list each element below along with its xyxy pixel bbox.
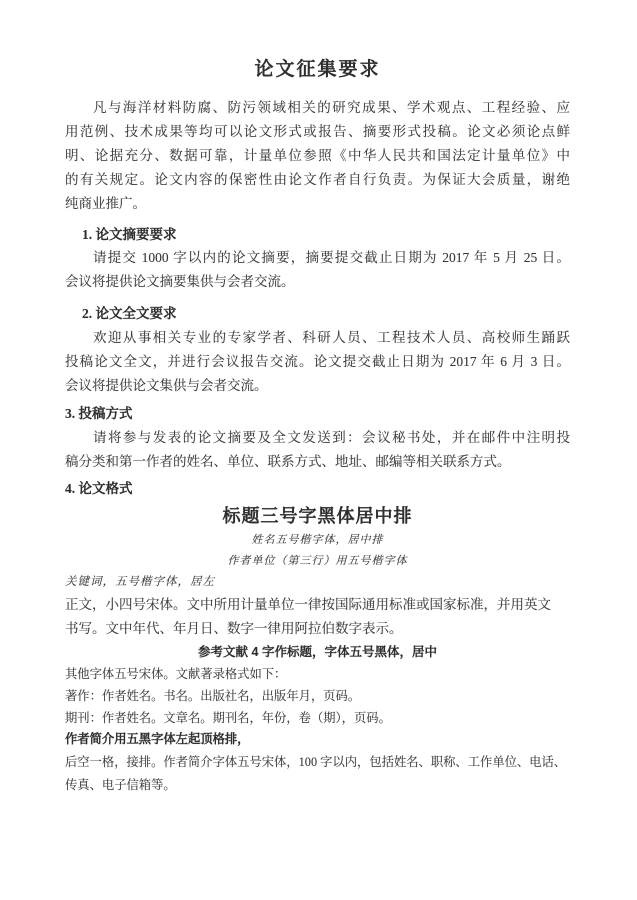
section-2-line: 会议将提供论文集供与会者交流。 (65, 374, 570, 398)
section-1-heading: 1. 论文摘要要求 (82, 225, 570, 245)
reference-format-line: 其他字体五号宋体。文献著录格式如下： (65, 663, 570, 685)
document-page: 论文征集要求 凡与海洋材料防腐、防污领域相关的研究成果、学术观点、工程经验、应 … (0, 0, 637, 900)
document-title: 论文征集要求 (65, 57, 570, 83)
format-body-line: 正文，小四号宋体。文中所用计量单位一律按国际通用标准或国家标准，并用英文 (65, 593, 570, 617)
author-bio-heading: 作者简介用五黑字体左起顶格排， (65, 729, 570, 749)
intro-line: 的有关规定。论文内容的保密性由论文作者自行负责。为保证大会质量，谢绝 (65, 168, 570, 192)
section-1-line: 会议将提供论文摘要集供与会者交流。 (65, 270, 570, 294)
document-content: 论文征集要求 凡与海洋材料防腐、防污领域相关的研究成果、学术观点、工程经验、应 … (0, 0, 637, 797)
section-3-line: 稿分类和第一作者的姓名、单位、联系方式、地址、邮编等相关联系方式。 (65, 450, 570, 474)
intro-line: 明、论据充分、数据可靠，计量单位参照《中华人民共和国法定计量单位》中 (65, 144, 570, 168)
sample-paper-title: 标题三号字黑体居中排 (65, 502, 570, 530)
section-1-paragraph: 请提交 1000 字以内的论文摘要，摘要提交截止日期为 2017 年 5 月 2… (65, 246, 570, 294)
format-body-line: 书写。文中年代、年月日、数字一律用阿拉伯数字表示。 (65, 617, 570, 641)
section-2-paragraph: 欢迎从事相关专业的专家学者、科研人员、工程技术人员、高校师生踊跃 投稿论文全文，… (65, 326, 570, 398)
section-2-line: 投稿论文全文，并进行会议报告交流。论文提交截止日期为 2017 年 6 月 3 … (65, 350, 570, 374)
references-heading: 参考文献 4 字作标题，字体五号黑体，居中 (65, 641, 570, 663)
intro-line: 凡与海洋材料防腐、防污领域相关的研究成果、学术观点、工程经验、应 (65, 96, 570, 120)
section-3-line: 请将参与发表的论文摘要及全文发送到：会议秘书处，并在邮件中注明投 (65, 426, 570, 450)
sample-keywords-line: 关键词，五号楷字体，居左 (65, 572, 570, 592)
section-2-line: 欢迎从事相关专业的专家学者、科研人员、工程技术人员、高校师生踊跃 (65, 326, 570, 350)
section-2-heading: 2. 论文全文要求 (82, 304, 570, 324)
intro-line: 用范例、技术成果等均可以论文形式或报告、摘要形式投稿。论文必须论点鲜 (65, 120, 570, 144)
sample-author-line: 姓名五号楷字体，居中排 (65, 530, 570, 551)
intro-line: 纯商业推广。 (65, 192, 570, 216)
author-bio-line: 后空一格，接排。作者简介字体五号宋体，100 字以内，包括姓名、职称、工作单位、… (65, 751, 570, 774)
section-1-line: 请提交 1000 字以内的论文摘要，摘要提交截止日期为 2017 年 5 月 2… (65, 246, 570, 270)
reference-format-line: 著作：作者姓名。书名。出版社名，出版年月，页码。 (65, 685, 570, 707)
section-3-paragraph: 请将参与发表的论文摘要及全文发送到：会议秘书处，并在邮件中注明投 稿分类和第一作… (65, 426, 570, 474)
intro-paragraph: 凡与海洋材料防腐、防污领域相关的研究成果、学术观点、工程经验、应 用范例、技术成… (65, 96, 570, 216)
author-bio-line: 传真、电子信箱等。 (65, 774, 570, 797)
sample-affiliation-line: 作者单位（第三行）用五号楷字体 (65, 551, 570, 571)
reference-format-line: 期刊：作者姓名。文章名。期刊名，年份，卷（期），页码。 (65, 707, 570, 729)
section-3-heading: 3. 投稿方式 (65, 404, 570, 424)
section-4-heading: 4. 论文格式 (65, 479, 570, 499)
